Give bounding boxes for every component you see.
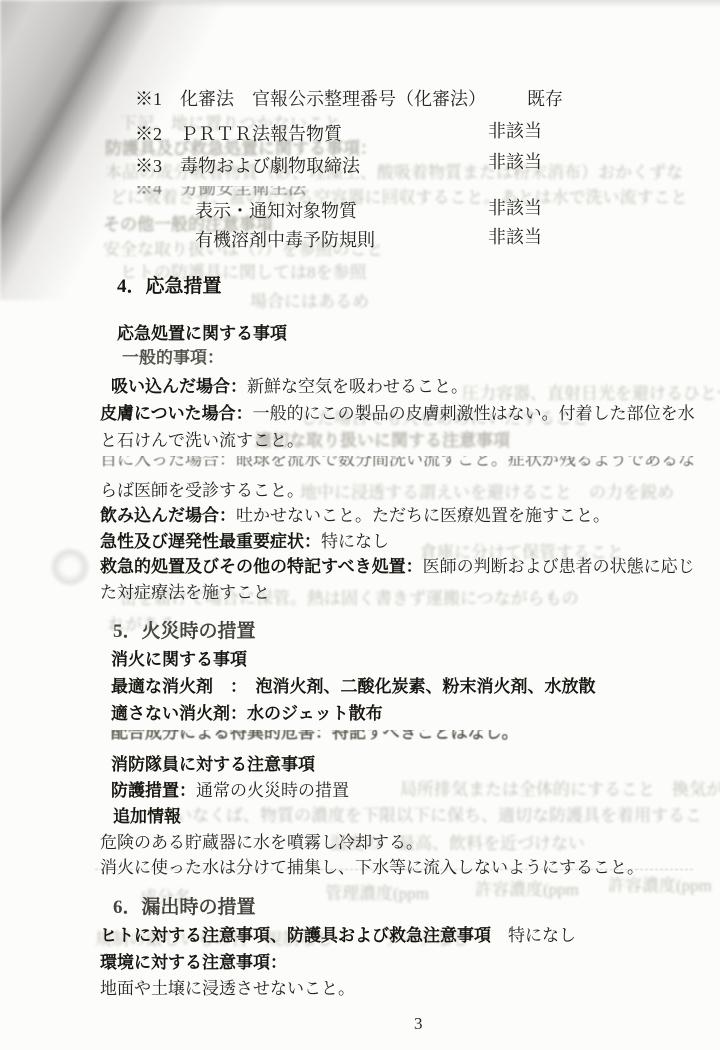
acute-symptoms-text: 特になし: [321, 532, 389, 551]
general-label: 一般的事項：: [122, 349, 224, 367]
bleedthrough-text: 局所排気または全体的にすること 換気が上がりに: [400, 780, 720, 799]
bleedthrough-text: 許容濃度(ppm: [608, 876, 712, 895]
bleedthrough-text: 許容濃度(ppm: [475, 880, 579, 899]
eye-contact-line-faded: 目に入った場合：眼球を流水で数分間洗い流すこと。症状が残るようであるな: [100, 456, 695, 469]
reg-row4-faded: ※4 労働安全衛生法: [135, 186, 306, 197]
human-precautions-label: ヒトに対する注意事項、防護具および救急注意事項: [100, 926, 491, 945]
emergency-treatment-continuation: た対症療法を施すこと: [100, 583, 270, 602]
additional-info-heading: 追加情報: [113, 807, 181, 826]
acute-symptoms-label: 急性及び遅発性最重要症状：: [100, 532, 321, 551]
protection-label: 防護措置：: [111, 781, 196, 800]
extinguishing-heading: 消火に関する事項: [111, 650, 247, 669]
eye-contact-continuation: らば医師を受診すること。: [100, 481, 304, 500]
ingestion-line: 飲み込んだ場合：吐かせないこと。ただちに医療処置を施すこと。: [100, 506, 610, 525]
reg-row3-value: 非該当: [488, 153, 542, 172]
specific-hazard-line-faded: 配合成分による特異的危害：特記すべきことはなし。: [111, 730, 519, 742]
reg-row2-label: ※2 ＰＲＴＲ法報告物質: [135, 125, 342, 144]
inhalation-line: 吸い込んだ場合：新鮮な空気を吸わせること。: [111, 377, 468, 396]
bleedthrough-text: いなくば、物質の濃度を下限以下に保ち、適切な防護具を着用するこ: [175, 806, 702, 825]
bleedthrough-text: 地中に浸透する謂えいを避けること の力を鋭め: [300, 483, 674, 502]
first-aid-general-line-faded: 一般的事項：衣服に付いた場合はふき取る: [122, 349, 343, 367]
unsuitable-extinguisher-line: 適さない消火剤：水のジェット散布: [111, 704, 383, 723]
section5-title: 5．火災時の措置: [113, 622, 256, 641]
scan-smudge-artifact: [50, 548, 90, 586]
reg-row5-label: 表示・通知対象物質: [195, 202, 357, 221]
ingestion-label: 飲み込んだ場合：: [100, 506, 236, 525]
emergency-treatment-text: 医師の判断および患者の状態に応じ: [423, 557, 695, 576]
skin-contact-line: 皮膚についた場合：一般的にこの製品の皮膚刺激性はない。付着した部位を水: [100, 404, 695, 423]
reg-row2-value: 非該当: [488, 122, 542, 141]
additional-info-line1: 危険のある貯蔵器に水を噴霧し冷却する。: [100, 833, 423, 852]
environment-precautions-text: 地面や土壌に浸透させないこと。: [100, 979, 355, 998]
page-number: 3: [414, 1014, 423, 1033]
emergency-treatment-label: 救急的処置及びその他の特記すべき処置：: [100, 557, 423, 576]
reg-row5-value: 非該当: [488, 199, 542, 218]
bleedthrough-text: 圧力容器、直射日光を避けるひとつ以上の事項: [462, 384, 720, 403]
reg-row1-label: ※1 化審法 官報公示整理番号（化審法）: [135, 90, 486, 109]
bleedthrough-text: 場合にはあるめ: [250, 292, 369, 311]
inhalation-label: 吸い込んだ場合：: [111, 377, 247, 396]
skin-contact-text: 一般的にこの製品の皮膚刺激性はない。付着した部位を水: [253, 404, 695, 423]
reg-row3-label: ※3 毒物および劇物取締法: [135, 157, 360, 176]
first-aid-heading: 応急処置に関する事項: [117, 324, 287, 343]
skin-contact-label: 皮膚についた場合：: [100, 404, 253, 423]
protection-text: 通常の火災時の措置: [196, 781, 349, 800]
bleedthrough-text: 管理濃度(ppm: [325, 884, 429, 903]
additional-info-line2: 消火に使った水は分けて捕集し、下水等に流入しないようにすること。: [100, 858, 644, 877]
acute-symptoms-line: 急性及び遅発性最重要症状：特になし: [100, 532, 389, 551]
scanned-document-page: 下記、地に置りつかないこと防護具及び救急処置に関する事項：本品の成分吸着物質（砂…: [0, 0, 720, 1050]
ingestion-text: 吐かせないこと。ただちに医療処置を施すこと。: [236, 506, 610, 525]
reg-row6-value: 非該当: [488, 228, 542, 247]
skin-contact-continuation: と石けんで洗い流すこと。: [100, 431, 304, 450]
suitable-extinguisher-line: 最適な消火剤 ： 泡消火剤、二酸化炭素、粉末消火剤、水放散: [111, 677, 596, 696]
reg-row6-label: 有機溶剤中毒予防規則: [195, 231, 375, 250]
scan-top-edge-shadow: [110, 0, 720, 8]
protection-line: 防護措置：通常の火災時の措置: [111, 781, 349, 800]
human-precautions-line: ヒトに対する注意事項、防護具および救急注意事項 特になし: [100, 926, 576, 945]
reg-row1-value: 既存: [527, 90, 563, 109]
section6-title: 6．漏出時の措置: [113, 898, 256, 917]
firefighter-heading: 消防隊員に対する注意事項: [111, 755, 315, 774]
human-precautions-text: 特になし: [491, 926, 576, 945]
environment-precautions-heading: 環境に対する注意事項：: [100, 953, 287, 972]
inhalation-text: 新鮮な空気を吸わせること。: [247, 377, 468, 396]
section4-title: 4．応急措置: [117, 277, 222, 296]
emergency-treatment-line: 救急的処置及びその他の特記すべき処置：医師の判断および患者の状態に応じ: [100, 557, 695, 576]
